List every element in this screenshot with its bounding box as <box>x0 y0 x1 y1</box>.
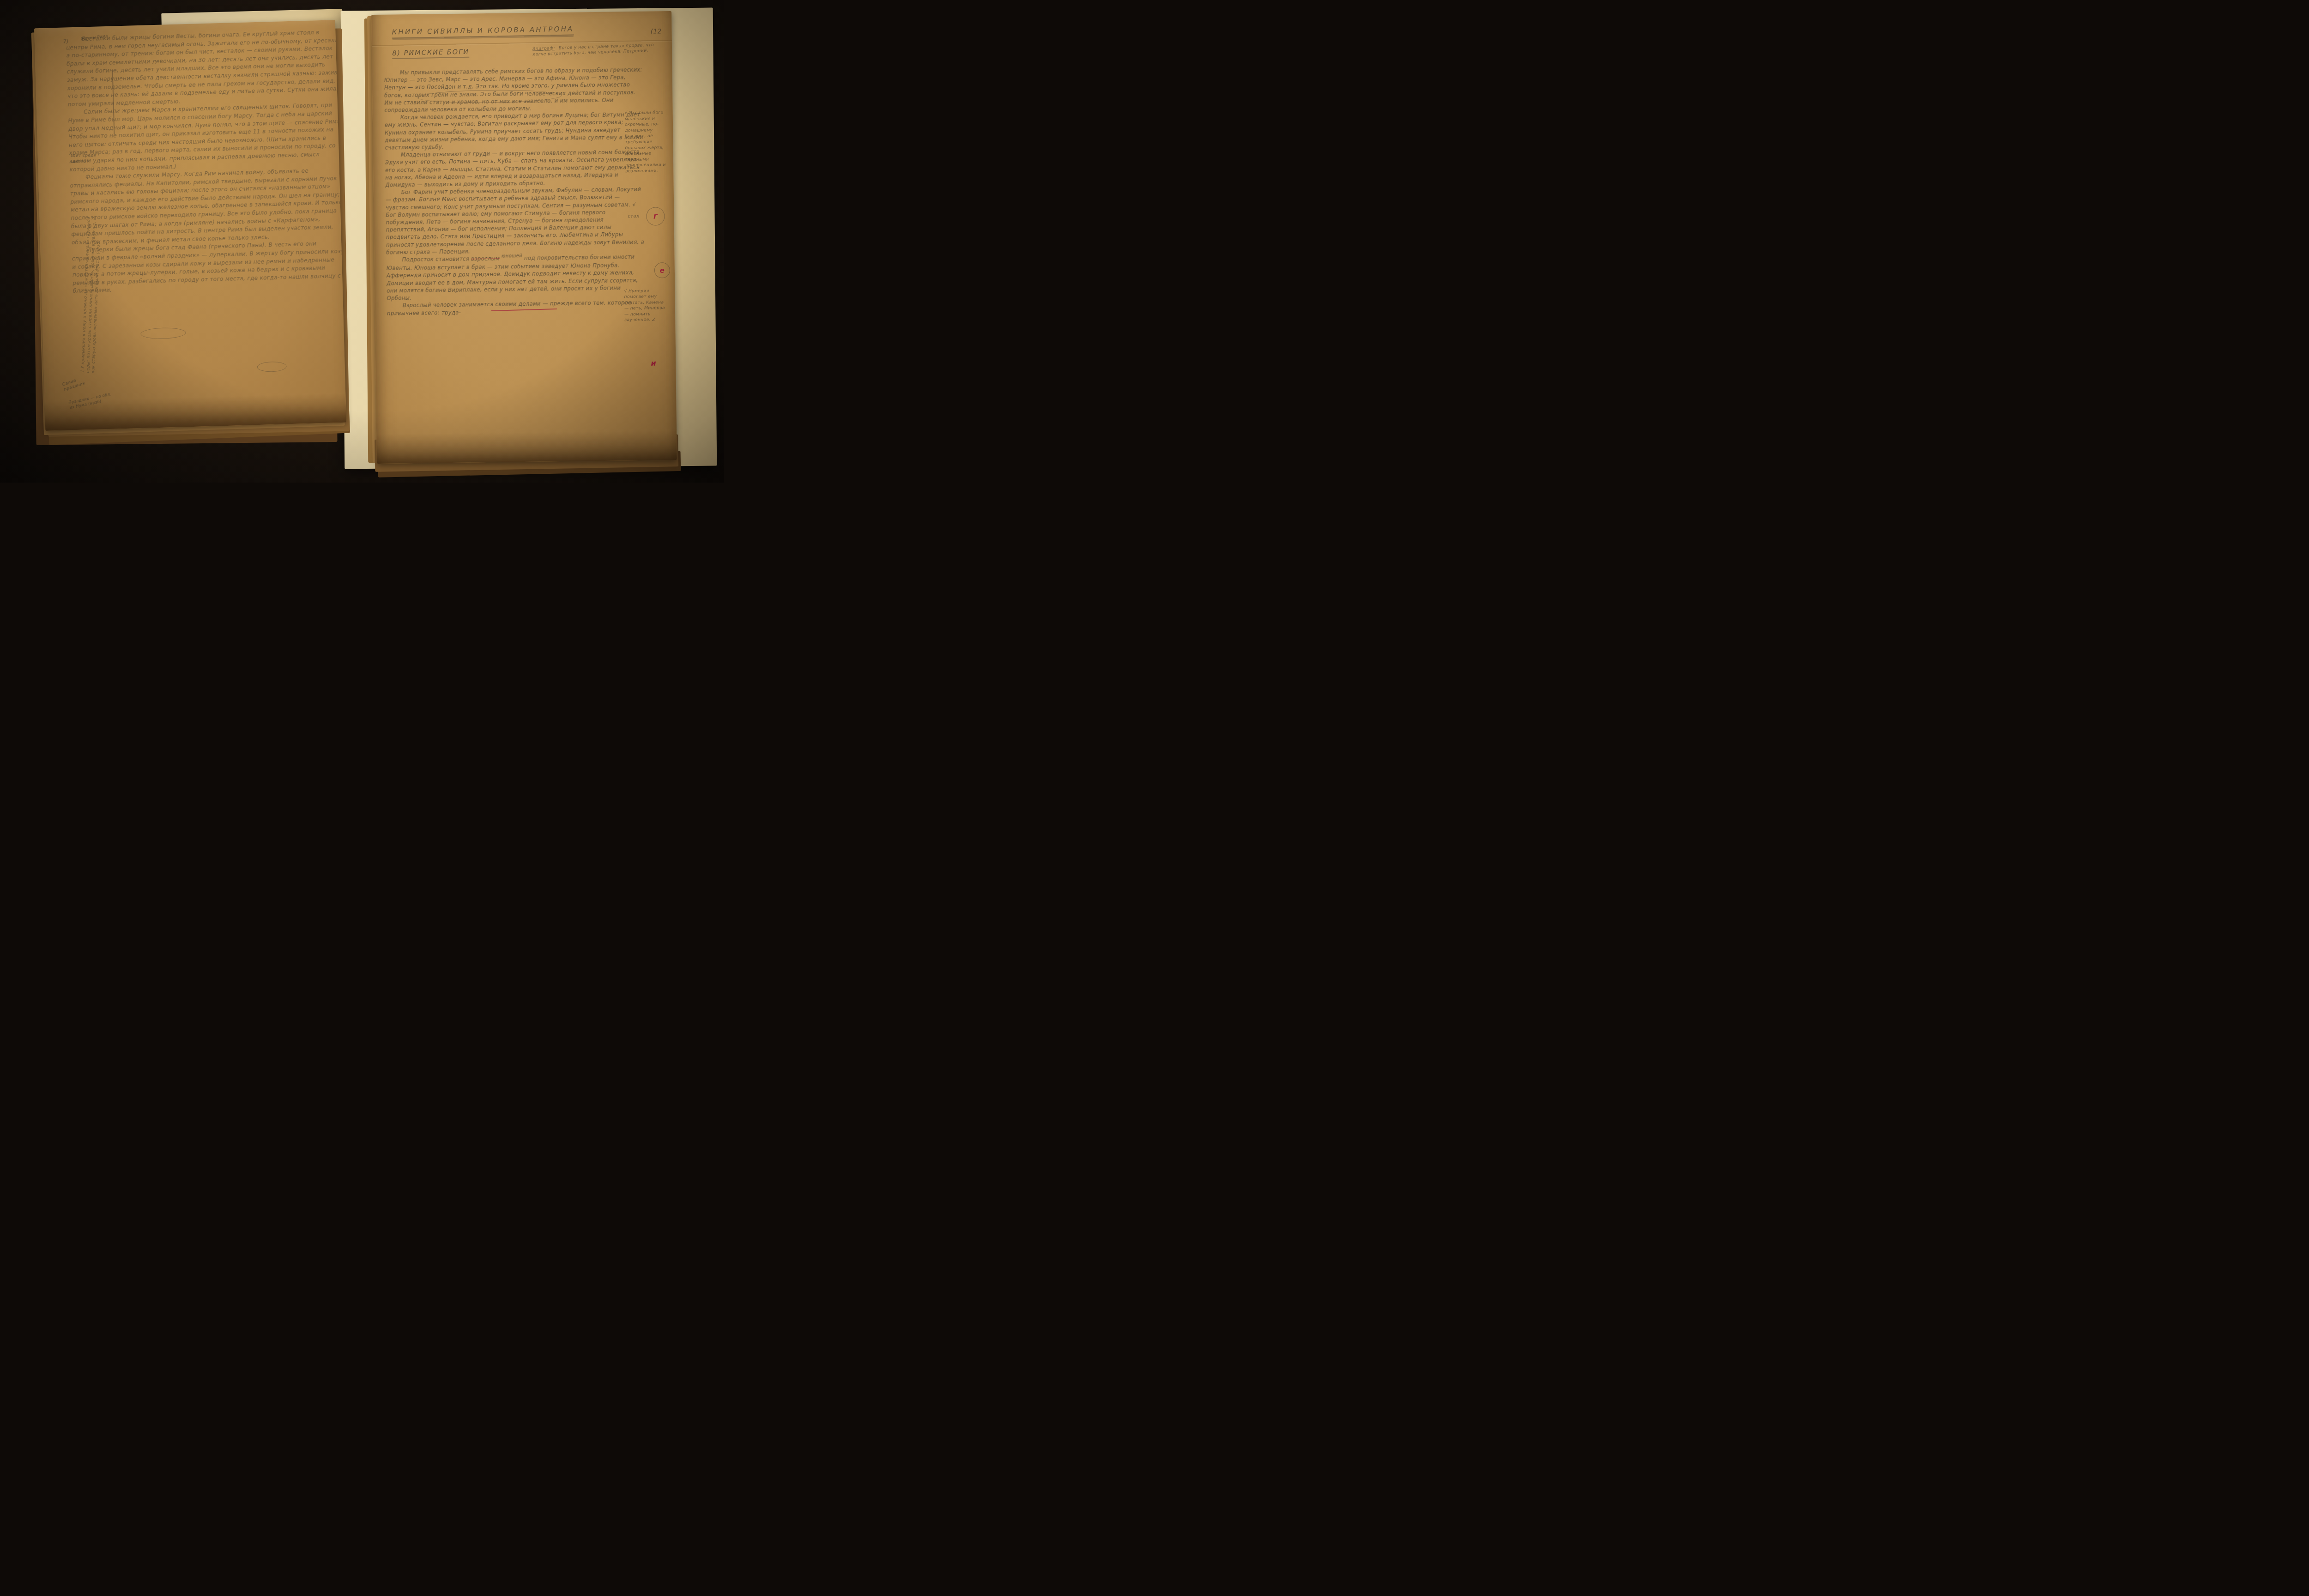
graded-mark-circle: е <box>654 262 670 278</box>
epigraph-note: Эпиграф:Богов у нас в стране такая прорв… <box>532 42 657 58</box>
page-stack-right: КНИГИ СИВИЛЛЫ И КОРОВА АНТРОНА (12 8) РИ… <box>371 11 677 464</box>
red-mark-g: г <box>653 212 658 221</box>
right-margin-note-stal: стал <box>628 214 639 219</box>
struck-word: взрослым <box>471 255 500 262</box>
paragraph-with-correction: Подросток становится взрослым юношей под… <box>386 253 645 302</box>
left-page-text: Весталки были жрицы богини Весты, богини… <box>66 28 346 296</box>
chapter-header: КНИГИ СИВИЛЛЫ И КОРОВА АНТРОНА <box>392 25 574 39</box>
page-stack-left: 7) Жрецы Рима Щит среди щитов √ У привык… <box>34 20 346 431</box>
paragraph: Взрослый человек занимается своими делам… <box>387 299 646 317</box>
paragraph: Младенца отнимают от груди — и вокруг не… <box>385 148 644 189</box>
red-mark-e: е <box>660 266 665 274</box>
pencil-oval-mark <box>140 327 186 339</box>
paragraph: Когда человек рождается, его приводит в … <box>385 111 644 151</box>
red-mark-i: и <box>651 359 656 368</box>
paragraph: Фециалы тоже служили Марсу. Когда Рим на… <box>70 166 346 247</box>
right-margin-note-small-gods: √ Это были боги маленькие и скромные, по… <box>625 110 666 175</box>
page-number: (12 <box>650 28 662 35</box>
graded-mark-circle: г <box>646 207 665 225</box>
inserted-word: юношей <box>502 254 522 259</box>
paragraph: Луперки были жрецы бога стад Фавна (греч… <box>72 239 346 296</box>
paragraph: Бог Фарин учит ребенка членораздельным з… <box>386 186 645 256</box>
paragraph: Салии были жрецами Марса и хранителями е… <box>68 101 346 174</box>
section-heading: 8) РИМСКИЕ БОГИ <box>392 48 469 59</box>
pencil-oval-mark <box>257 361 287 372</box>
page-bottom-shadow <box>376 430 677 464</box>
left-margin-note-feast: Праздник — но обл. их Нума (нрзб) <box>68 390 119 410</box>
right-page-text: Мы привыкли представлять себе римских бо… <box>384 66 646 317</box>
paragraph: Весталки были жрицы богини Весты, богини… <box>66 28 345 109</box>
struck-word: Подросток становится <box>402 255 471 263</box>
right-page: КНИГИ СИВИЛЛЫ И КОРОВА АНТРОНА (12 8) РИ… <box>371 11 677 464</box>
photo-canvas: 7) Жрецы Рима Щит среди щитов √ У привык… <box>0 0 724 483</box>
epigraph-label: Эпиграф: <box>532 46 555 52</box>
left-page: 7) Жрецы Рима Щит среди щитов √ У привык… <box>34 20 346 431</box>
left-margin-note-salii: Салий праздник <box>62 372 99 393</box>
right-margin-note-numeria: √ Нумерия помогает ему считать, Камена —… <box>624 288 668 323</box>
